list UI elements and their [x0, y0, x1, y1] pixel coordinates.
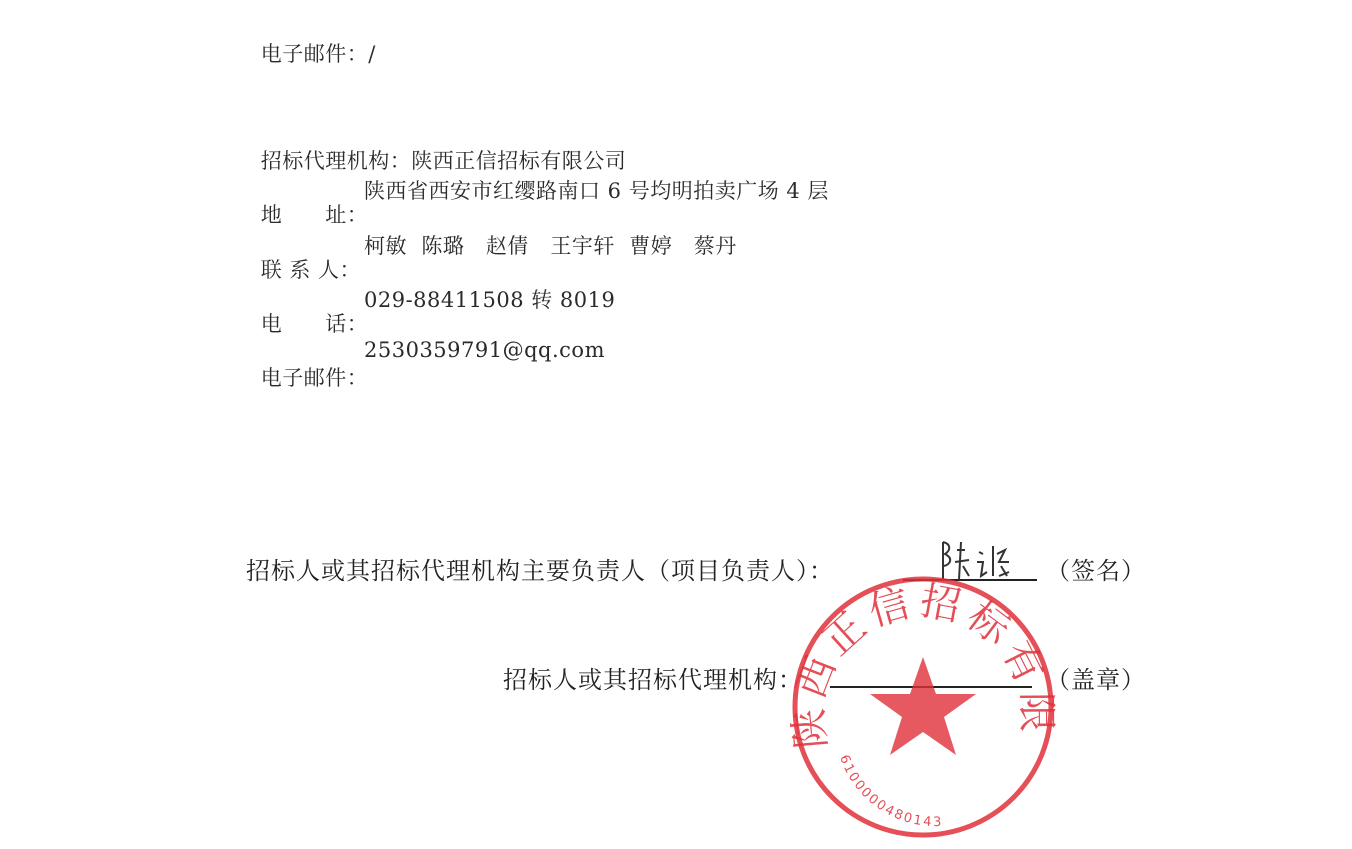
agency-email-row: 电子邮件： 2530359791@qq.com — [232, 338, 932, 368]
prev-email-value: / — [368, 42, 376, 66]
svg-text:6100000480143: 6100000480143 — [836, 753, 944, 830]
agency-address-value: 陕西省西安市红缨路南口 6 号均明拍卖广场 4 层 — [364, 175, 829, 205]
agency-contacts-value: 柯敏 陈璐 赵倩 王宇轩 曹婷 蔡丹 — [364, 230, 737, 260]
agency-address-label: 地 址： — [261, 199, 369, 229]
org-seal-label: 招标人或其招标代理机构： — [503, 660, 803, 695]
stamp-star-icon — [870, 657, 976, 755]
company-seal-stamp: 陕西正信招标有限公司 6100000480143 — [788, 572, 1058, 842]
agency-name-value: 陕西正信招标有限公司 — [411, 149, 626, 173]
responsible-person-label: 招标人或其招标代理机构主要负责人（项目负责人）： — [246, 551, 834, 586]
prev-email-row: 电子邮件：/ — [232, 14, 376, 92]
agency-phone-label: 电 话： — [261, 308, 369, 338]
agency-phone-value: 029-88411508 转 8019 — [364, 284, 615, 314]
agency-phone-row: 电 话： 029-88411508 转 8019 — [232, 284, 932, 314]
agency-email-label: 电子邮件： — [261, 362, 369, 392]
sign-note: （签名） — [1046, 551, 1146, 586]
prev-email-label: 电子邮件： — [261, 38, 369, 68]
agency-address-row: 地 址： 陕西省西安市红缨路南口 6 号均明拍卖广场 4 层 — [232, 175, 932, 205]
agency-email-value: 2530359791@qq.com — [364, 338, 605, 362]
seal-note: （盖章） — [1046, 660, 1146, 695]
agency-name-label: 招标代理机构： — [261, 145, 412, 175]
agency-contacts-label: 联 系 人： — [261, 254, 361, 284]
agency-contacts-row: 联 系 人： 柯敏 陈璐 赵倩 王宇轩 曹婷 蔡丹 — [232, 230, 932, 260]
stamp-serial-text: 6100000480143 — [836, 753, 944, 830]
